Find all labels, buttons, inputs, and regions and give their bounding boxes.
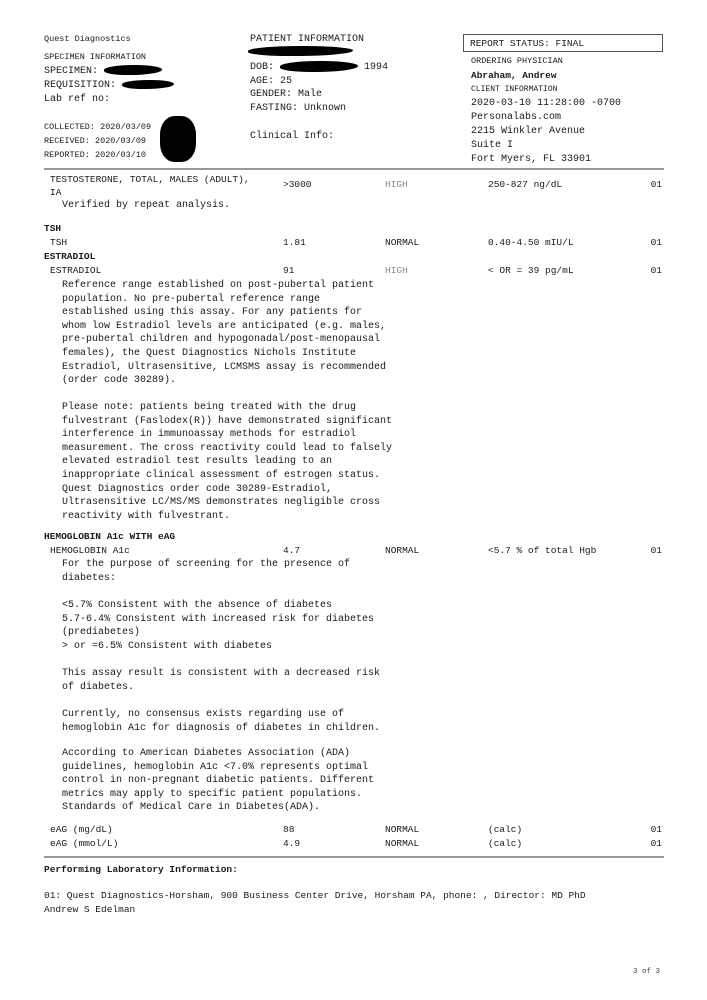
test-flag: NORMAL (385, 236, 419, 250)
redaction (122, 80, 174, 89)
dob-label: DOB: (250, 62, 274, 73)
test-reference: < OR = 39 pg/mL (488, 264, 574, 278)
client-info-label: CLIENT INFORMATION (471, 83, 557, 97)
specimen-label: SPECIMEN: (44, 66, 98, 77)
lab-ref-label: Lab ref no: (44, 93, 110, 107)
test-name: eAG (mg/dL) (50, 823, 113, 837)
test-lab: 01 (651, 264, 662, 278)
a1c-note-children: Currently, no consensus exists regarding… (62, 708, 380, 735)
section-title-tsh: TSH (44, 222, 61, 236)
test-flag: NORMAL (385, 823, 419, 837)
patient-age: AGE: 25 (250, 75, 292, 89)
test-name: eAG (mmol/L) (50, 837, 118, 851)
test-value: 91 (283, 264, 294, 278)
testosterone-note: Verified by repeat analysis. (62, 199, 230, 213)
a1c-note-screening: For the purpose of screening for the pre… (62, 558, 350, 585)
test-value: 88 (283, 823, 294, 837)
test-flag: NORMAL (385, 837, 419, 851)
requisition-label: REQUISITION: (44, 80, 116, 91)
received-date: RECEIVED: 2020/03/09 (44, 135, 146, 149)
test-name: HEMOGLOBIN A1c (50, 544, 130, 558)
performing-lab-text: 01: Quest Diagnostics-Horsham, 900 Busin… (44, 889, 586, 916)
test-name: ESTRADIOL (50, 264, 101, 278)
section-title-a1c: HEMOGLOBIN A1c WITH eAG (44, 530, 175, 544)
test-reference: <5.7 % of total Hgb (488, 544, 596, 558)
a1c-note-ranges: <5.7% Consistent with the absence of dia… (62, 599, 374, 653)
test-value: 4.9 (283, 837, 300, 851)
test-lab: 01 (651, 544, 662, 558)
physician-name: Abraham, Andrew (471, 69, 557, 83)
test-lab: 01 (651, 837, 662, 851)
redaction (248, 46, 353, 56)
client-address-line3: Fort Myers, FL 33901 (471, 153, 591, 167)
clinical-info-label: Clinical Info: (250, 130, 334, 144)
estradiol-note-reference: Reference range established on post-pube… (62, 279, 386, 388)
dob-year: 1994 (364, 62, 388, 73)
performing-lab-title: Performing Laboratory Information: (44, 863, 238, 877)
test-name-continued: IA (50, 186, 61, 200)
requisition-field: REQUISITION: (44, 79, 174, 93)
patient-fasting: FASTING: Unknown (250, 102, 346, 116)
result-row-testosterone: TESTOSTERONE, TOTAL, MALES (ADULT), >300… (50, 173, 664, 187)
test-name: TSH (50, 236, 67, 250)
report-status-box: REPORT STATUS: FINAL (463, 34, 663, 52)
a1c-note-ada: According to American Diabetes Associati… (62, 747, 374, 815)
footer-divider (44, 856, 664, 858)
test-name: TESTOSTERONE, TOTAL, MALES (ADULT), (50, 173, 250, 187)
section-title-estradiol: ESTRADIOL (44, 250, 95, 264)
lab-name: Quest Diagnostics (44, 33, 131, 47)
result-row-eag-mmol: eAG (mmol/L) 4.9 NORMAL (calc) 01 (50, 837, 664, 851)
redaction (280, 61, 358, 72)
test-lab: 01 (651, 178, 662, 192)
test-flag: HIGH (385, 264, 408, 278)
test-reference: 0.40-4.50 mIU/L (488, 236, 574, 250)
patient-section-title: PATIENT INFORMATION (250, 33, 364, 47)
specimen-field: SPECIMEN: (44, 65, 162, 79)
result-row-eag-mgdl: eAG (mg/dL) 88 NORMAL (calc) 01 (50, 823, 664, 837)
specimen-section-title: SPECIMEN INFORMATION (44, 51, 146, 65)
test-lab: 01 (651, 236, 662, 250)
test-reference: 250-827 ng/dL (488, 178, 562, 192)
estradiol-note-fulvestrant: Please note: patients being treated with… (62, 401, 392, 523)
test-reference: (calc) (488, 823, 522, 837)
test-value: 1.81 (283, 236, 306, 250)
page-number: 3 of 3 (633, 966, 660, 980)
redaction (104, 65, 162, 75)
test-reference: (calc) (488, 837, 522, 851)
ordering-physician-label: ORDERING PHYSICIAN (471, 55, 563, 69)
test-flag: NORMAL (385, 544, 419, 558)
report-status: REPORT STATUS: FINAL (470, 38, 584, 49)
patient-gender: GENDER: Male (250, 88, 322, 102)
redaction (160, 116, 196, 162)
test-value: 4.7 (283, 544, 300, 558)
client-address-line1: 2215 Winkler Avenue (471, 125, 585, 139)
test-lab: 01 (651, 823, 662, 837)
test-value: >3000 (283, 178, 312, 192)
client-name: Personalabs.com (471, 111, 561, 125)
result-row-a1c: HEMOGLOBIN A1c 4.7 NORMAL <5.7 % of tota… (50, 544, 664, 558)
reported-date: REPORTED: 2020/03/10 (44, 149, 146, 163)
result-row-estradiol: ESTRADIOL 91 HIGH < OR = 39 pg/mL 01 (50, 264, 664, 278)
result-row-tsh: TSH 1.81 NORMAL 0.40-4.50 mIU/L 01 (50, 236, 664, 250)
dob-field: DOB: 1994 (250, 61, 388, 75)
test-flag: HIGH (385, 178, 408, 192)
client-datetime: 2020-03-10 11:28:00 -0700 (471, 97, 621, 111)
client-address-line2: Suite I (471, 139, 513, 153)
header-divider (44, 168, 664, 170)
a1c-note-interpretation: This assay result is consistent with a d… (62, 667, 380, 694)
collected-date: COLLECTED: 2020/03/09 (44, 121, 151, 135)
